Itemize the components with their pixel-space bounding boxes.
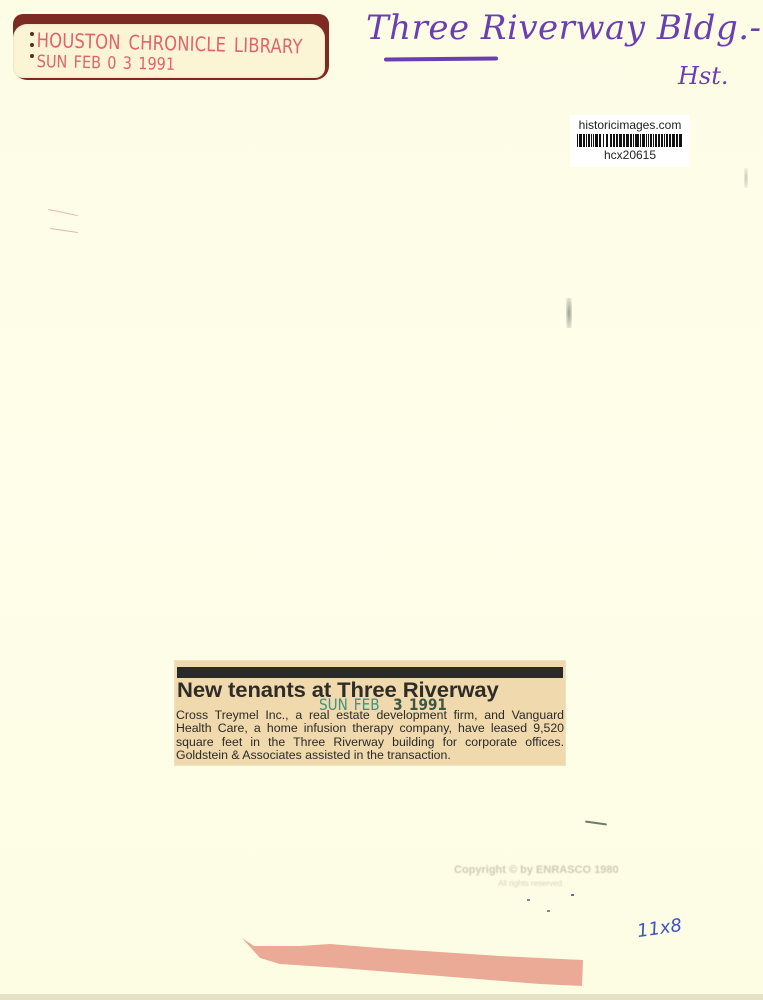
clipping-body: Cross Treymel Inc., a real estate develo…: [176, 709, 564, 762]
newspaper-clipping: New tenants at Three Riverway Cross Trey…: [175, 661, 565, 765]
label-dot: [30, 54, 34, 58]
pencil-mark: [48, 209, 78, 216]
barcode-sticker: historicimages.com hcx20615: [570, 115, 690, 167]
ink-smudge: [744, 168, 748, 188]
library-label-date-stamp: SUN FEB 0 3 1991: [37, 52, 176, 75]
clipping-date-stamp: SUN FEB3 1991: [319, 695, 447, 714]
highlighter-smear: [240, 936, 585, 986]
pencil-mark: [585, 820, 607, 825]
ink-smudge: [566, 298, 572, 328]
handwritten-size-note: 11x8: [636, 915, 684, 942]
label-dot: [30, 43, 34, 47]
barcode-site-text: historicimages.com: [570, 118, 690, 132]
barcode-icon: [577, 134, 683, 147]
ink-dot: [527, 899, 530, 901]
barcode-id-text: hcx20615: [570, 148, 690, 162]
ink-dot: [547, 910, 550, 912]
copyright-stamp-subline: All rights reserved: [498, 879, 562, 888]
label-dot: [30, 32, 34, 36]
handwritten-title: Three Riverway Bldg.-: [366, 8, 762, 48]
handwritten-underline: [384, 57, 498, 62]
clipping-rule: [177, 667, 563, 678]
stamp-prefix: SUN FEB: [319, 695, 380, 714]
pencil-mark: [50, 228, 78, 233]
label-dots: [30, 32, 34, 65]
copyright-stamp: Copyright © by ENRASCO 1980: [454, 864, 619, 876]
scan-edge: [0, 994, 763, 1000]
photo-verso-page: HOUSTON CHRONICLE LIBRARY SUN FEB 0 3 19…: [0, 0, 763, 1000]
ink-dot: [571, 894, 574, 896]
stamp-date: 3 1991: [393, 695, 447, 714]
handwritten-location: Hst.: [678, 62, 729, 90]
